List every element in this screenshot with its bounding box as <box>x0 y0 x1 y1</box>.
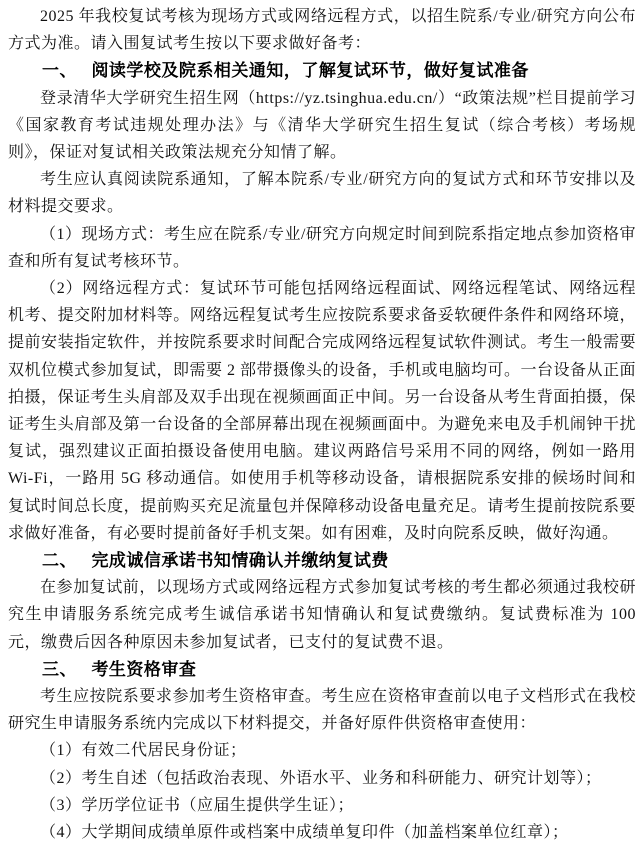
section-1-heading: 一、阅读学校及院系相关通知，了解复试环节，做好复试准备 <box>8 57 636 84</box>
intro-paragraph: 2025 年我校复试考核为现场方式或网络远程方式，以招生院系/专业/研究方向公布… <box>8 3 636 57</box>
section-1-item-remote: （2）网络远程方式：复试环节可能包括网络远程面试、网络远程笔试、网络远程机考、提… <box>8 275 636 547</box>
material-item-2: （2）考生自述（包括政治表现、外语水平、业务和科研能力、研究计划等）； <box>8 765 636 792</box>
section-3-title: 考生资格审查 <box>91 660 196 679</box>
section-2-number: 二、 <box>42 551 77 570</box>
material-item-3: （3）学历学位证书（应届生提供学生证）； <box>8 792 636 819</box>
document-page: 2025 年我校复试考核为现场方式或网络远程方式，以招生院系/专业/研究方向公布… <box>0 0 644 843</box>
section-2-title: 完成诚信承诺书知情确认并缴纳复试费 <box>91 551 389 570</box>
section-1-item-onsite: （1）现场方式：考生应在院系/专业/研究方向规定时间到院系指定地点参加资格审查和… <box>8 221 636 275</box>
section-1-number: 一、 <box>42 61 77 80</box>
section-2-paragraph-fee: 在参加复试前，以现场方式或网络远程方式参加复试考核的考生都必须通过我校研究生申请… <box>8 574 636 656</box>
material-item-4: （4）大学期间成绩单原件或档案中成绩单复印件（加盖档案单位红章）； <box>8 819 636 843</box>
section-3-number: 三、 <box>42 660 77 679</box>
section-3-heading: 三、考生资格审查 <box>8 656 636 683</box>
section-3-paragraph-review: 考生应按院系要求参加考生资格审查。考生应在资格审查前以电子文档形式在我校研究生申… <box>8 683 636 737</box>
material-item-1: （1）有效二代居民身份证； <box>8 737 636 764</box>
section-1-paragraph-login: 登录清华大学研究生招生网（https://yz.tsinghua.edu.cn/… <box>8 85 636 167</box>
section-2-heading: 二、完成诚信承诺书知情确认并缴纳复试费 <box>8 547 636 574</box>
section-1-title: 阅读学校及院系相关通知，了解复试环节，做好复试准备 <box>91 61 529 80</box>
section-1-paragraph-notice: 考生应认真阅读院系通知，了解本院系/专业/研究方向的复试方式和环节安排以及材料提… <box>8 166 636 220</box>
